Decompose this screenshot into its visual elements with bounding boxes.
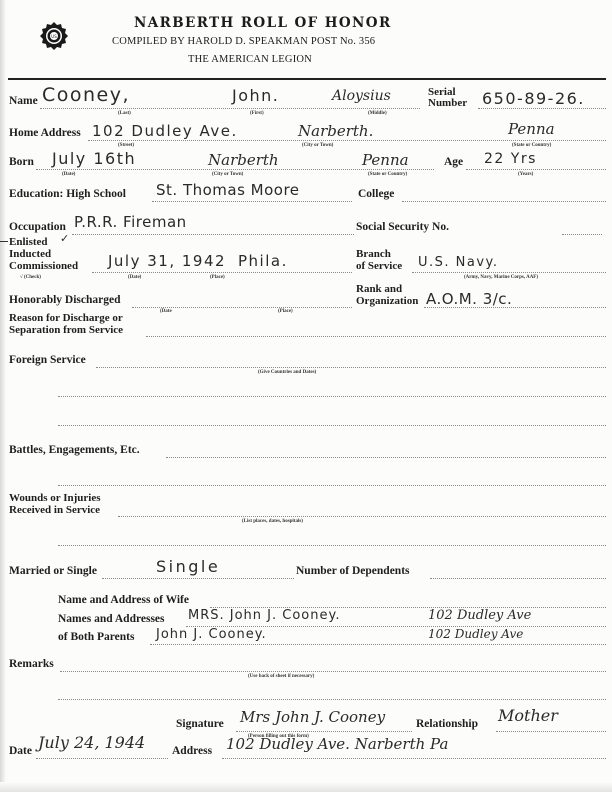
header-rule (8, 78, 606, 80)
wounds-line-1 (118, 516, 606, 517)
scan-edge-shadow (0, 0, 6, 792)
father-name-value[interactable]: John J. Cooney. (156, 627, 267, 642)
college-line (402, 201, 606, 202)
remarks-label: Remarks (9, 658, 54, 670)
dependents-line (430, 578, 606, 579)
parents-label-1: Names and Addresses (58, 613, 165, 625)
battles-line-2 (58, 485, 606, 486)
enlisted-tick (0, 241, 8, 242)
born-label: Born (9, 156, 34, 168)
form-title: NARBERTH ROLL OF HONOR (134, 15, 392, 31)
roll-of-honor-form: US NARBERTH ROLL OF HONOR COMPILED BY HA… (0, 0, 612, 792)
name-last-value[interactable]: Cooney, (42, 84, 130, 106)
address-value[interactable]: 102 Dudley Ave. Narberth Pa (226, 735, 448, 753)
caption-years: (Years) (518, 172, 533, 177)
inducted-option[interactable]: Inducted (9, 248, 51, 260)
caption-born-city: (City or Town) (212, 172, 243, 177)
american-legion-emblem-icon: US (40, 22, 68, 50)
serial-number-value[interactable]: 650-89-26. (482, 89, 585, 108)
foreign-service-line-2 (58, 396, 606, 397)
relationship-value[interactable]: Mother (498, 706, 558, 725)
caption-entry-date: (Date) (128, 275, 141, 280)
date-label: Date (9, 745, 32, 757)
marital-label: Married or Single (9, 565, 97, 577)
wounds-label-2: Received in Service (9, 504, 100, 516)
scan-bottom-edge (0, 782, 612, 792)
born-city-value[interactable]: Narberth (208, 151, 279, 169)
date-value[interactable]: July 24, 1944 (38, 733, 145, 752)
age-label: Age (444, 156, 463, 168)
occupation-value[interactable]: P.R.R. Fireman (74, 213, 187, 231)
education-label: Education: High School (9, 188, 126, 200)
serial-line (478, 108, 606, 109)
mother-name-value[interactable]: MRS. John J. Cooney. (188, 608, 340, 623)
parents-line-2 (150, 644, 606, 645)
signature-line (236, 731, 412, 732)
wounds-label-1: Wounds or Injuries (9, 492, 101, 504)
born-state-value[interactable]: Penna (362, 151, 409, 169)
discharged-label: Honorably Discharged (9, 294, 121, 306)
name-label: Name (9, 95, 38, 107)
home-street-value[interactable]: 102 Dudley Ave. (92, 122, 238, 140)
reason-line (146, 336, 606, 337)
mother-address-value[interactable]: 102 Dudley Ave (428, 608, 531, 623)
home-city-value[interactable]: Narberth. (298, 122, 373, 140)
remarks-line-2 (58, 699, 606, 700)
home-address-line (88, 140, 606, 141)
name-middle-value[interactable]: Aloysius (332, 88, 391, 104)
caption-middle: (Middle) (368, 111, 387, 116)
occupation-label: Occupation (9, 221, 66, 233)
relationship-line (496, 731, 606, 732)
high-school-line (152, 201, 352, 202)
signature-value[interactable]: Mrs John J. Cooney (240, 708, 385, 726)
signature-label: Signature (176, 718, 224, 730)
entry-line (92, 272, 352, 273)
entry-date-value[interactable]: July 31, 1942 (108, 252, 226, 270)
branch-label-2: of Service (356, 260, 402, 272)
branch-label-1: Branch (356, 248, 391, 260)
name-line (40, 108, 420, 109)
age-value[interactable]: 22 Yrs (484, 151, 537, 167)
reason-label-1: Reason for Discharge or (9, 312, 123, 324)
rank-value[interactable]: A.O.M. 3/c. (426, 290, 512, 308)
occupation-line (72, 234, 354, 235)
father-address-value[interactable]: 102 Dudley Ave (428, 627, 523, 641)
ssn-label: Social Security No. (356, 221, 449, 233)
relationship-label: Relationship (416, 718, 478, 730)
caption-born-state: (State or Country) (368, 172, 407, 177)
entry-place-value[interactable]: Phila. (238, 252, 288, 270)
caption-wounds: (List places, dates, hospitals) (242, 519, 303, 524)
ssn-line (562, 234, 602, 235)
discharged-line (132, 307, 352, 308)
home-address-label: Home Address (9, 127, 81, 139)
caption-branch: (Army, Navy, Marine Corps, AAF) (464, 275, 538, 280)
form-subtitle: COMPILED BY HAROLD D. SPEAKMAN POST No. … (112, 36, 375, 47)
foreign-service-label: Foreign Service (9, 354, 86, 366)
high-school-value[interactable]: St. Thomas Moore (156, 181, 300, 199)
marital-line (102, 578, 294, 579)
caption-remarks: (Use back of sheet if necessary) (248, 674, 314, 679)
caption-state-country: (State or Country) (512, 143, 551, 148)
enlisted-option[interactable]: Enlisted (9, 236, 48, 248)
home-state-value[interactable]: Penna (508, 120, 555, 138)
commissioned-option[interactable]: Commissioned (9, 260, 78, 272)
battles-label: Battles, Engagements, Etc. (9, 444, 140, 456)
parents-label-2: of Both Parents (58, 631, 134, 643)
battles-line-1 (166, 457, 606, 458)
svg-text:US: US (51, 34, 57, 39)
name-first-value[interactable]: John. (232, 86, 279, 105)
dependents-label: Number of Dependents (296, 565, 410, 577)
reason-label-2: Separation from Service (9, 324, 123, 336)
address-line (222, 758, 606, 759)
organization-name: THE AMERICAN LEGION (188, 54, 312, 65)
enlisted-check-mark: ✓ (60, 232, 71, 245)
branch-value[interactable]: U.S. Navy. (418, 255, 499, 270)
caption-city-town: (City or Town) (302, 143, 333, 148)
marital-value[interactable]: Single (156, 557, 220, 576)
remarks-line-1 (60, 671, 606, 672)
caption-street: (Street) (118, 143, 134, 148)
rank-label-1: Rank and (356, 283, 402, 295)
caption-born-date: (Date) (62, 172, 75, 177)
wounds-line-2 (58, 545, 606, 546)
caption-last: (Last) (118, 111, 131, 116)
serial-label-2: Number (428, 97, 467, 109)
date-line (36, 758, 168, 759)
foreign-service-line-3 (58, 425, 606, 426)
caption-discharge-place: (Place) (278, 309, 293, 314)
address-label: Address (172, 745, 212, 757)
born-line (36, 169, 434, 170)
age-line (466, 169, 606, 170)
college-label: College (358, 188, 394, 200)
caption-check: √ (Check) (20, 275, 41, 280)
wife-label: Name and Address of Wife (58, 594, 189, 606)
rank-label-2: Organization (356, 295, 418, 307)
born-date-value[interactable]: July 16th (52, 149, 136, 168)
foreign-service-line-1 (96, 367, 606, 368)
caption-foreign-service: (Give Countries and Dates) (258, 370, 316, 375)
caption-first: (First) (250, 111, 264, 116)
branch-line (412, 272, 606, 273)
caption-entry-place: (Place) (210, 275, 225, 280)
caption-discharge-date: (Date (160, 309, 172, 314)
